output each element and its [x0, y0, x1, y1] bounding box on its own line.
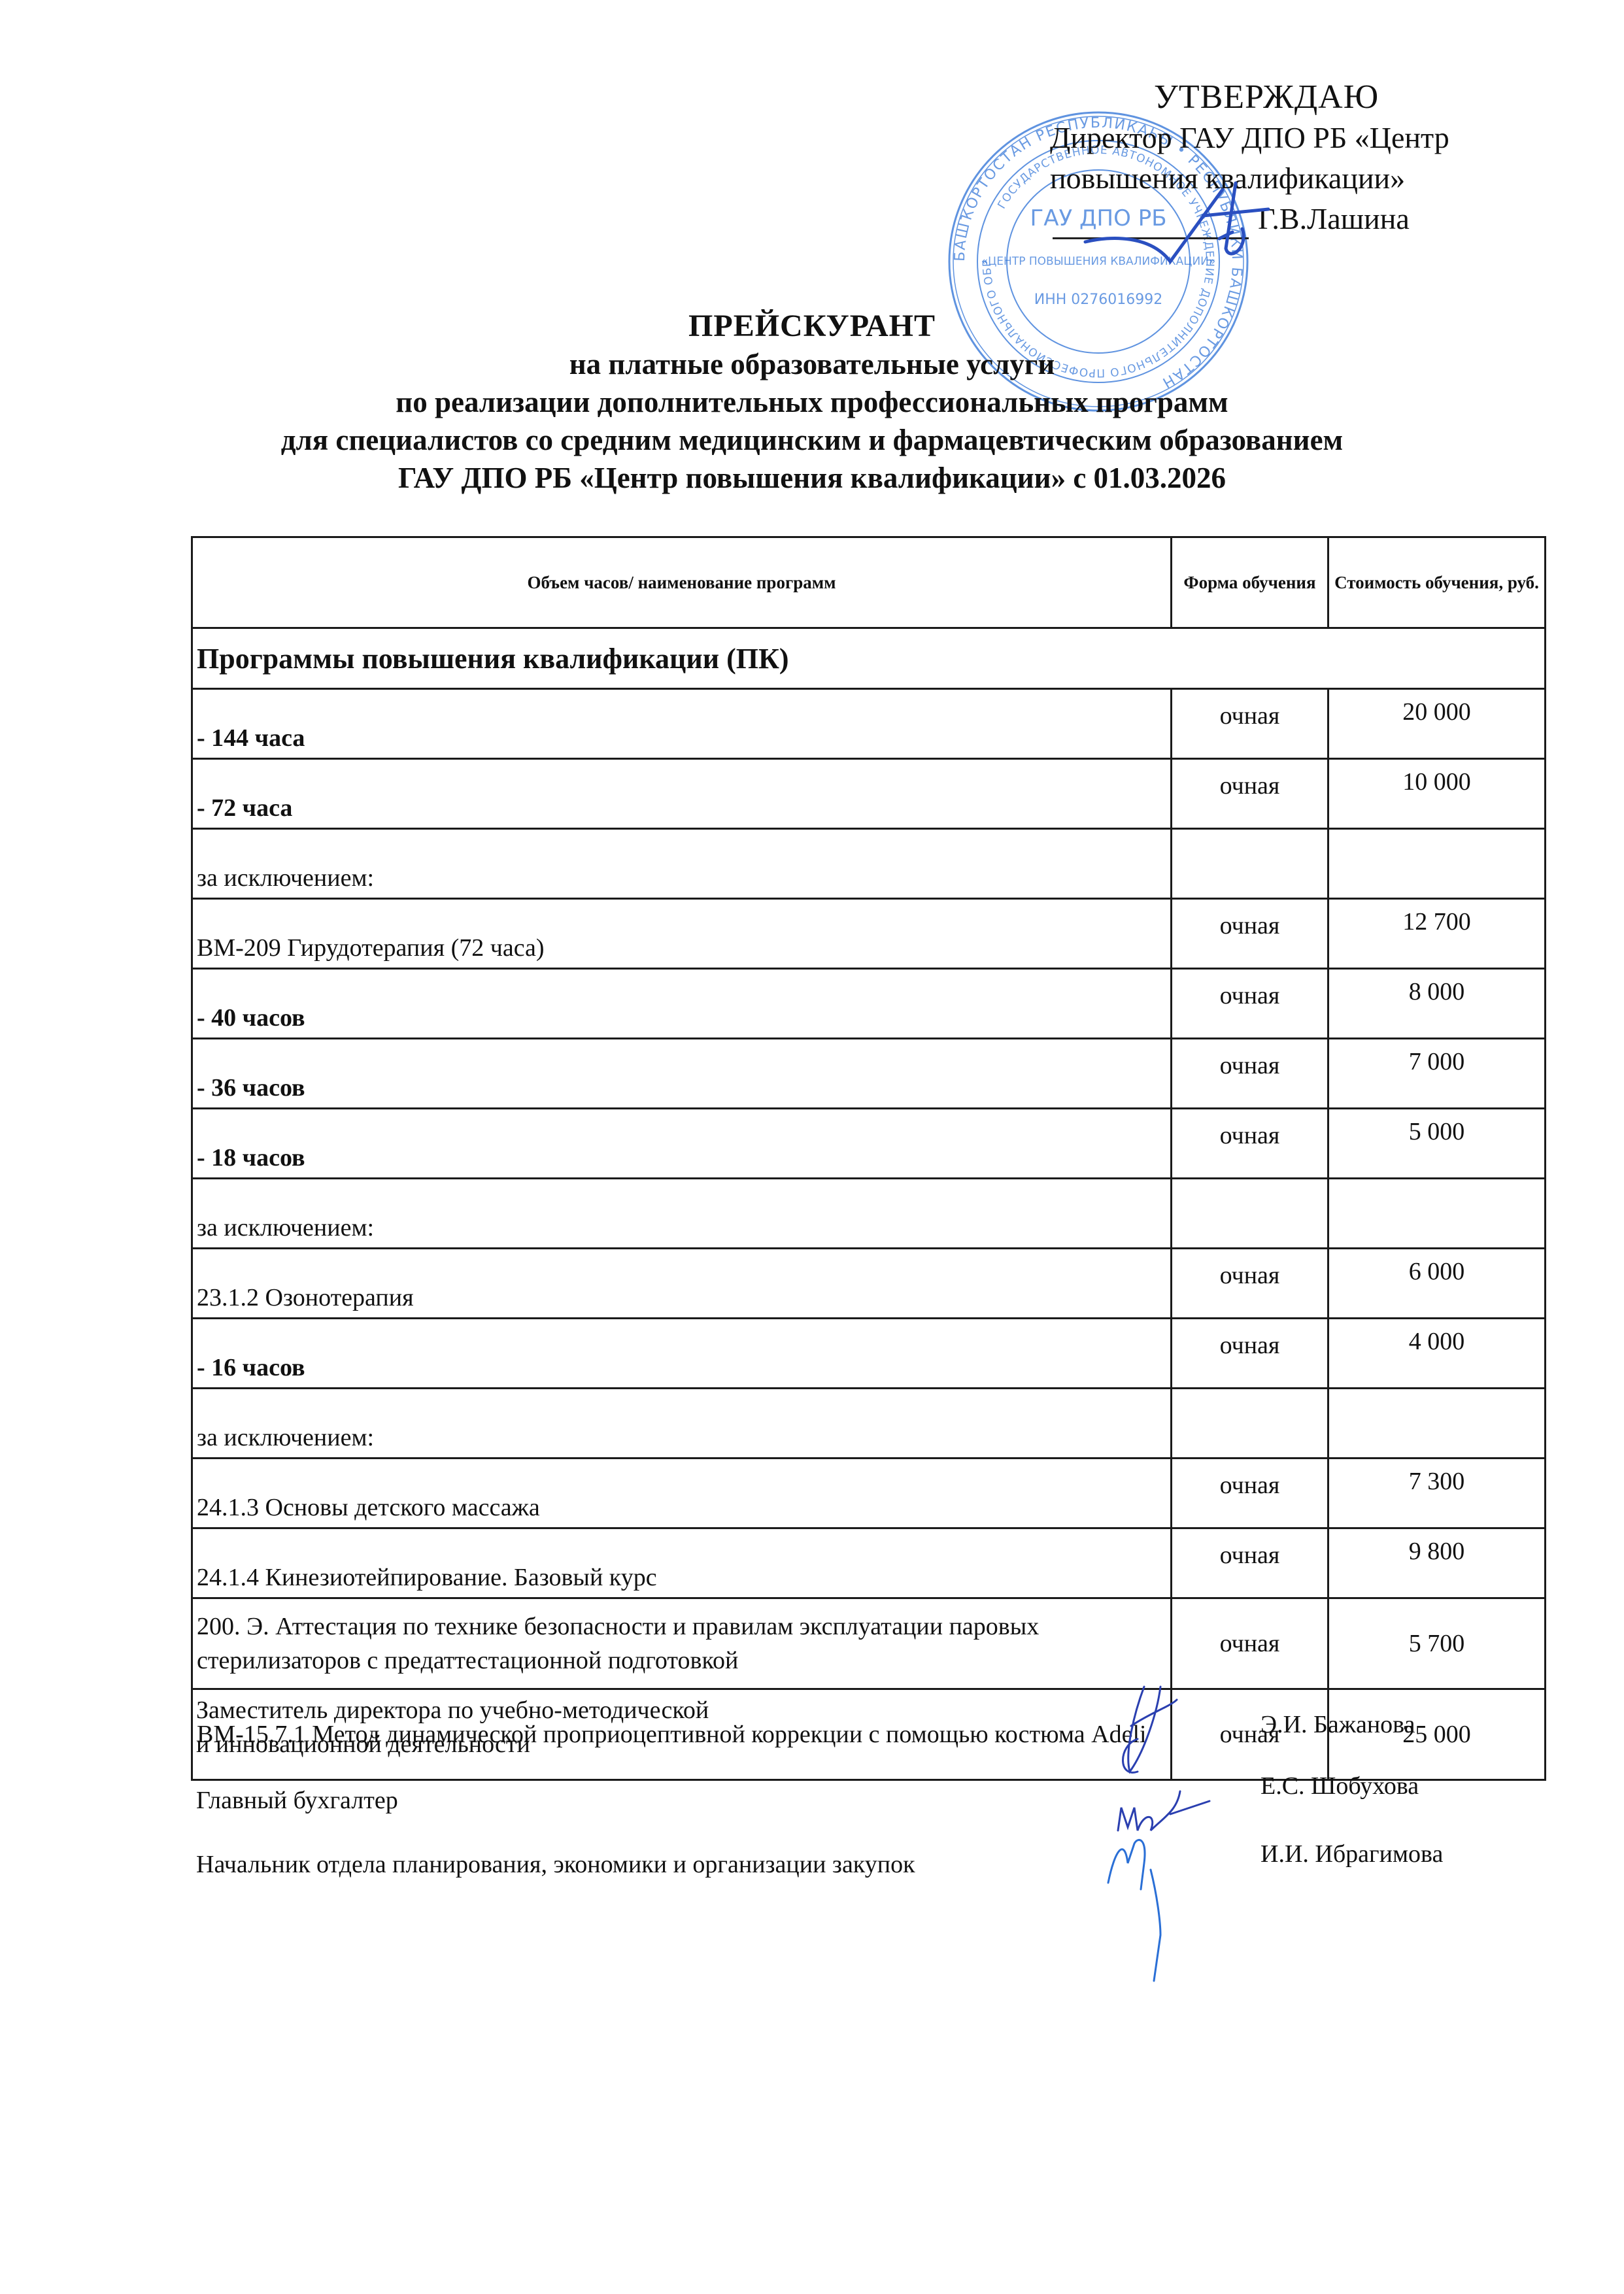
study-form: очная — [1172, 689, 1328, 759]
table-row: 23.1.2 Озонотерапияочная6 000 — [192, 1249, 1546, 1319]
price-value — [1328, 1389, 1546, 1459]
study-form: очная — [1172, 1039, 1328, 1109]
price-value: 4 000 — [1328, 1319, 1546, 1389]
price-table: Объем часов/ наименование программ Форма… — [191, 536, 1546, 1781]
price-value: 7 000 — [1328, 1039, 1546, 1109]
header-form: Форма обучения — [1172, 537, 1328, 628]
table-row: ВМ-209 Гирудотерапия (72 часа)очная12 70… — [192, 899, 1546, 969]
table-row: - 36 часовочная7 000 — [192, 1039, 1546, 1109]
heading-line-2: по реализации дополнительных профессиона… — [0, 383, 1624, 421]
director-signature — [1072, 170, 1281, 281]
section-row: Программы повышения квалификации (ПК) — [192, 628, 1546, 689]
program-name: - 16 часов — [192, 1319, 1172, 1389]
table-row: за исключением: — [192, 1389, 1546, 1459]
handwritten-signatures — [1098, 1674, 1262, 1987]
price-value — [1328, 1179, 1546, 1249]
program-name: - 72 часа — [192, 759, 1172, 829]
study-form: очная — [1172, 969, 1328, 1039]
study-form: очная — [1172, 1319, 1328, 1389]
program-name: 23.1.2 Озонотерапия — [192, 1249, 1172, 1319]
section-title: Программы повышения квалификации (ПК) — [192, 628, 1546, 689]
program-name: 24.1.3 Основы детского массажа — [192, 1459, 1172, 1528]
study-form: очная — [1172, 899, 1328, 969]
study-form — [1172, 829, 1328, 899]
table-header-row: Объем часов/ наименование программ Форма… — [192, 537, 1546, 628]
table-row: за исключением: — [192, 829, 1546, 899]
position-line: и инновационной деятельности — [196, 1727, 709, 1761]
program-name: - 144 часа — [192, 689, 1172, 759]
price-value: 9 800 — [1328, 1528, 1546, 1598]
document-title: ПРЕЙСКУРАНТ — [0, 307, 1624, 345]
program-name: за исключением: — [192, 1179, 1172, 1249]
document-heading: ПРЕЙСКУРАНТ на платные образовательные у… — [0, 307, 1624, 497]
price-value: 7 300 — [1328, 1459, 1546, 1528]
table-row: за исключением: — [192, 1179, 1546, 1249]
study-form: очная — [1172, 1109, 1328, 1179]
study-form: очная — [1172, 1249, 1328, 1319]
approval-title: УТВЕРЖДАЮ — [1020, 77, 1556, 118]
study-form: очная — [1172, 1459, 1328, 1528]
price-value: 12 700 — [1328, 899, 1546, 969]
program-name: - 18 часов — [192, 1109, 1172, 1179]
signature-position: Главный бухгалтер — [196, 1783, 398, 1817]
table-row: - 72 часаочная10 000 — [192, 759, 1546, 829]
program-name: 24.1.4 Кинезиотейпирование. Базовый курс — [192, 1528, 1172, 1598]
price-value: 8 000 — [1328, 969, 1546, 1039]
table-row: 24.1.3 Основы детского массажаочная7 300 — [192, 1459, 1546, 1528]
stamp-inn: ИНН 0276016992 — [1034, 292, 1163, 308]
approval-position-line1: Директор ГАУ ДПО РБ «Центр — [1020, 118, 1556, 158]
signature-position: Начальник отдела планирования, экономики… — [196, 1847, 915, 1881]
heading-line-1: на платные образовательные услуги — [0, 345, 1624, 383]
table-row: - 40 часовочная8 000 — [192, 969, 1546, 1039]
signature-name: И.И. Ибрагимова — [1260, 1837, 1443, 1871]
program-name: ВМ-209 Гирудотерапия (72 часа) — [192, 899, 1172, 969]
program-name: - 40 часов — [192, 969, 1172, 1039]
program-name: 200. Э. Аттестация по технике безопаснос… — [192, 1598, 1172, 1689]
program-name: за исключением: — [192, 1389, 1172, 1459]
study-form — [1172, 1389, 1328, 1459]
position-line: Заместитель директора по учебно-методиче… — [196, 1693, 709, 1727]
price-value: 5 000 — [1328, 1109, 1546, 1179]
price-value: 6 000 — [1328, 1249, 1546, 1319]
heading-line-3: для специалистов со средним медицинским … — [0, 421, 1624, 459]
study-form: очная — [1172, 759, 1328, 829]
program-name: за исключением: — [192, 829, 1172, 899]
price-value: 20 000 — [1328, 689, 1546, 759]
signature-position: Заместитель директора по учебно-методиче… — [196, 1693, 709, 1761]
table-row: 24.1.4 Кинезиотейпирование. Базовый курс… — [192, 1528, 1546, 1598]
header-price: Стоимость обучения, руб. — [1328, 537, 1546, 628]
signature-name: Е.С. Шобухова — [1260, 1769, 1419, 1803]
program-name: - 36 часов — [192, 1039, 1172, 1109]
header-program: Объем часов/ наименование программ — [192, 537, 1172, 628]
heading-line-4: ГАУ ДПО РБ «Центр повышения квалификации… — [0, 459, 1624, 497]
price-value: 5 700 — [1328, 1598, 1546, 1689]
price-value — [1328, 829, 1546, 899]
table-row: - 16 часовочная4 000 — [192, 1319, 1546, 1389]
price-value: 10 000 — [1328, 759, 1546, 829]
signature-name: Э.И. Бажанова — [1260, 1708, 1415, 1742]
table-row: 200. Э. Аттестация по технике безопаснос… — [192, 1598, 1546, 1689]
table-row: - 18 часовочная5 000 — [192, 1109, 1546, 1179]
study-form: очная — [1172, 1528, 1328, 1598]
study-form — [1172, 1179, 1328, 1249]
table-row: - 144 часаочная20 000 — [192, 689, 1546, 759]
